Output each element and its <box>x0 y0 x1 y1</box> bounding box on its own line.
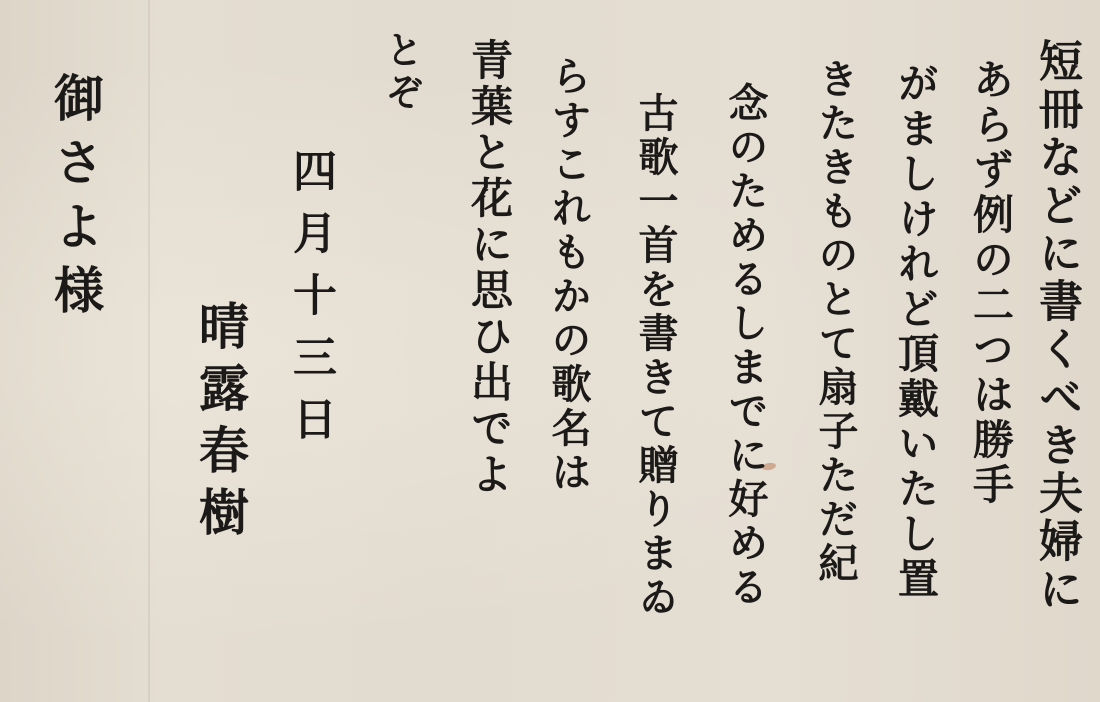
text-line-6: 古歌一首を書きて贈りまゐ <box>635 92 675 620</box>
signature: 晴露春樹 <box>195 300 245 548</box>
text-line-5: 念のためるしまでに好める <box>725 82 765 610</box>
text-line-7: らすこれもかの歌名は <box>548 55 588 495</box>
text-line-8: 青葉と花に思ひ出でよ <box>468 38 510 498</box>
text-line-9: とぞ <box>382 30 420 114</box>
paper-fold <box>148 0 150 702</box>
text-line-3: がましけれど頂戴いたし置 <box>894 62 935 602</box>
date-line: 四月十三日 <box>288 148 332 458</box>
text-line-2: あらず例の二つは勝手 <box>969 58 1010 508</box>
addressee: 御さよ様 <box>50 72 100 328</box>
text-line-4: きたきものとて扇子ただ紀 <box>815 58 855 586</box>
text-line-1: 短冊などに書くべき夫婦に <box>1034 38 1078 614</box>
